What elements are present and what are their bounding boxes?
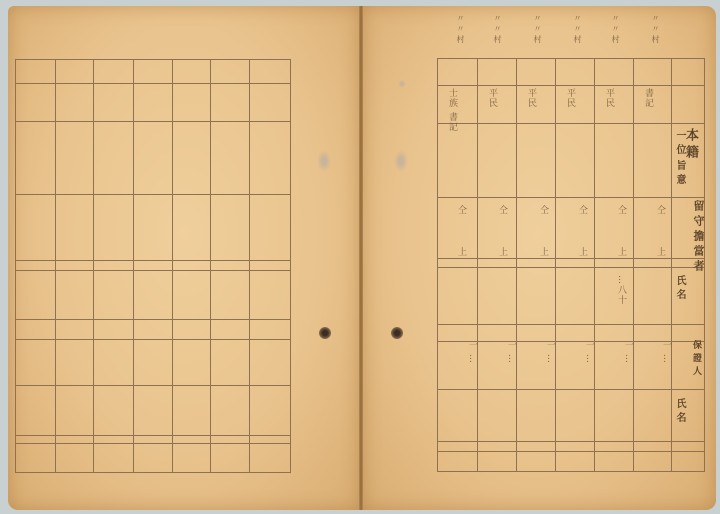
cell: 一 … [505, 340, 516, 364]
cell: 仝 [537, 205, 548, 215]
cell: 仝 [496, 205, 507, 215]
cell: 上 [615, 247, 626, 257]
top-annotation: 〃 〃 村 [492, 14, 502, 43]
cell: 一 … [622, 340, 633, 364]
cell: 一 … [466, 340, 477, 364]
cell: 上 [496, 247, 507, 257]
top-annotation: 〃 〃 村 [650, 14, 660, 43]
binding-hole [391, 327, 403, 339]
cell: 上 [537, 247, 548, 257]
header-ichi: 一位 [672, 130, 687, 158]
cell: 平民 [564, 88, 575, 108]
top-annotation: 〃 〃 村 [532, 14, 542, 43]
cell: 上 [654, 247, 665, 257]
register-table [437, 58, 705, 472]
cell: 平民 [486, 88, 497, 108]
cell: …八十 [615, 275, 626, 305]
cell: 一 … [544, 340, 555, 364]
cell: 仝 [576, 205, 587, 215]
cell: 平民 [603, 88, 614, 108]
cell: 仝 [654, 205, 665, 215]
top-annotation: 〃 〃 村 [455, 14, 465, 43]
cell: 一 … [660, 340, 671, 364]
top-annotation: 〃 〃 村 [572, 14, 582, 43]
top-annotation: 〃 〃 村 [610, 14, 620, 43]
book-spine [359, 6, 363, 510]
cell: 仝 [455, 205, 466, 215]
binding-hole [319, 327, 331, 339]
paper-stain [394, 150, 408, 172]
cell: 平民 [525, 88, 536, 108]
cell: 仝 [615, 205, 626, 215]
header-shiji: 旨意 [672, 160, 687, 188]
left-page-grid [15, 59, 291, 473]
header-shimei-2: 氏名 [672, 398, 687, 426]
paper-stain [398, 80, 406, 88]
header-rusu: 留守擔當者 [690, 200, 706, 275]
paper-stain [317, 150, 331, 172]
cell: 書記 [642, 88, 653, 108]
cell: 士族 書記 [446, 88, 457, 132]
header-hoshonin: 保證人 [690, 340, 703, 379]
cell: 上 [455, 247, 466, 257]
cell: 一 … [583, 340, 594, 364]
cell: 上 [576, 247, 587, 257]
header-shimei: 氏名 [672, 275, 687, 303]
